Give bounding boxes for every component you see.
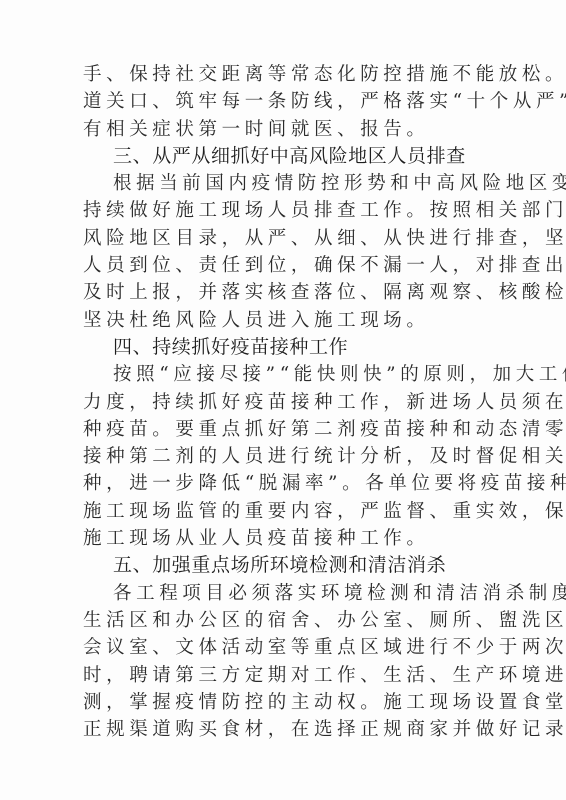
paragraph-line: 根据当前国内疫情防控形势和中高风险地区变化情况， <box>83 170 487 197</box>
paragraph-line: 坚决杜绝风险人员进入施工现场。 <box>83 307 487 334</box>
paragraph-line: 种，进一步降低“脱漏率”。各单位要将疫苗接种工作作为 <box>83 470 487 497</box>
paragraph-line: 手、保持社交距离等常态化防控措施不能放松。要把好每一 <box>83 61 487 88</box>
section-heading-5: 五、加强重点场所环境检测和清洁消杀 <box>83 552 487 579</box>
paragraph-line: 接种第二剂的人员进行统计分析，及时督促相关人员进行接 <box>83 443 487 470</box>
paragraph-line: 种疫苗。要重点抓好第二剂疫苗接种和动态清零工作，对未 <box>83 416 487 443</box>
document-page: 手、保持社交距离等常态化防控措施不能放松。要把好每一 道关口、筑牢每一条防线，严… <box>0 0 566 800</box>
paragraph-line: 人员到位、责任到位，确保不漏一人，对排查出的风险人员 <box>83 252 487 279</box>
paragraph-line: 施工现场监管的重要内容，严监督、重实效，保质保量完成 <box>83 498 487 525</box>
paragraph-line: 生活区和办公区的宿舍、办公室、厕所、盥洗区域、食堂、 <box>83 607 487 634</box>
paragraph-line: 各工程项目必须落实环境检测和清洁消杀制度，每天对 <box>83 580 487 607</box>
paragraph-line: 及时上报，并落实核查落位、隔离观察、核酸检测等措施， <box>83 279 487 306</box>
section-heading-3: 三、从严从细抓好中高风险地区人员排查 <box>83 143 487 170</box>
paragraph-line: 持续做好施工现场人员排查工作。按照相关部门提供的中高 <box>83 197 487 224</box>
paragraph-line: 有相关症状第一时间就医、报告。 <box>83 116 487 143</box>
document-body: 手、保持社交距离等常态化防控措施不能放松。要把好每一 道关口、筑牢每一条防线，严… <box>83 61 487 743</box>
paragraph-line: 时，聘请第三方定期对工作、生活、生产环境进行采样、检 <box>83 662 487 689</box>
paragraph-line: 按照“应接尽接”“能快则快”的原则，加大工作推进 <box>83 361 487 388</box>
paragraph-line: 正规渠道购买食材，在选择正规商家并做好记录确保来源可 <box>83 716 487 743</box>
paragraph-line: 会议室、文体活动室等重点区域进行不少于两次的消毒。同 <box>83 634 487 661</box>
paragraph-line: 道关口、筑牢每一条防线，严格落实“十个从严”管控措施， <box>83 88 487 115</box>
paragraph-line: 力度，持续抓好疫苗接种工作，新进场人员须在第一时间接 <box>83 389 487 416</box>
paragraph-line: 风险地区目录，从严、从细、从快进行排查，坚持工作到位、 <box>83 225 487 252</box>
paragraph-line: 测，掌握疫情防控的主动权。施工现场设置食堂的，应选择 <box>83 689 487 716</box>
section-heading-4: 四、持续抓好疫苗接种工作 <box>83 334 487 361</box>
paragraph-line: 施工现场从业人员疫苗接种工作。 <box>83 525 487 552</box>
